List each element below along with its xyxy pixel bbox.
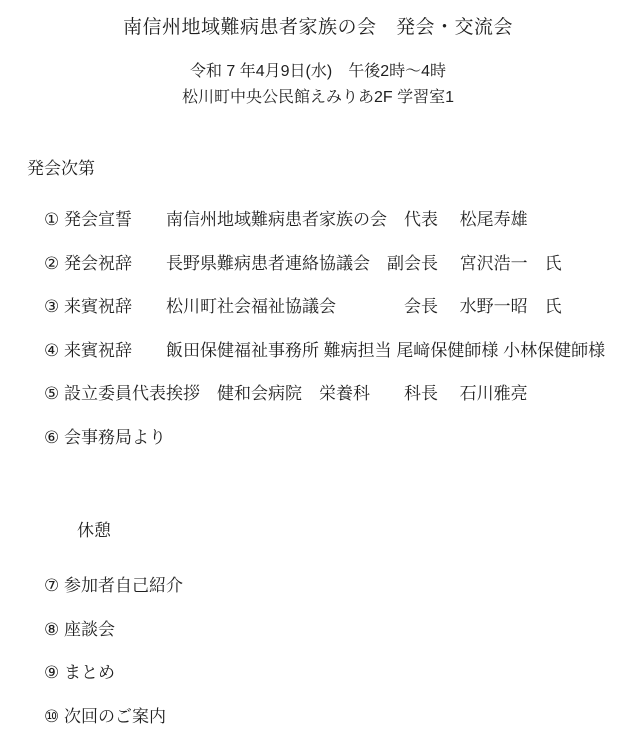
break-label: 休憩 (77, 521, 111, 541)
agenda-item-10-next-meeting-info: ⑩ 次回のご案内 (44, 707, 166, 727)
agenda-item-2-congratulatory-address: ② 発会祝辞 長野県難病患者連絡協議会 副会長 宮沢浩一 氏 (44, 254, 562, 274)
event-venue: 松川町中央公民館えみりあ2F 学習室1 (0, 89, 636, 107)
agenda-item-3-guest-address: ③ 来賓祝辞 松川町社会福祉協議会 会長 水野一昭 氏 (44, 297, 562, 317)
agenda-item-5-committee-representative-greeting: ⑤ 設立委員代表挨拶 健和会病院 栄養科 科長 石川雅亮 (44, 384, 528, 404)
agenda-item-6-secretariat-remarks: ⑥ 会事務局より (44, 428, 166, 448)
agenda-item-9-summary: ⑨ まとめ (44, 663, 115, 683)
agenda-item-7-self-introductions: ⑦ 参加者自己紹介 (44, 576, 183, 596)
agenda-document-page: 南信州地域難病患者家族の会 発会・交流会 令和 7 年4月9日(水) 午後2時～… (0, 0, 636, 753)
document-title: 南信州地域難病患者家族の会 発会・交流会 (0, 17, 636, 39)
agenda-section-header: 発会次第 (27, 159, 95, 179)
agenda-item-1-opening-declaration: ① 発会宣誓 南信州地域難病患者家族の会 代表 松尾寿雄 (44, 210, 528, 230)
event-datetime: 令和 7 年4月9日(水) 午後2時～4時 (0, 63, 636, 81)
agenda-item-8-round-table: ⑧ 座談会 (44, 620, 115, 640)
agenda-item-4-guest-address: ④ 来賓祝辞 飯田保健福祉事務所 難病担当 尾﨑保健師様 小林保健師様 (44, 341, 605, 361)
